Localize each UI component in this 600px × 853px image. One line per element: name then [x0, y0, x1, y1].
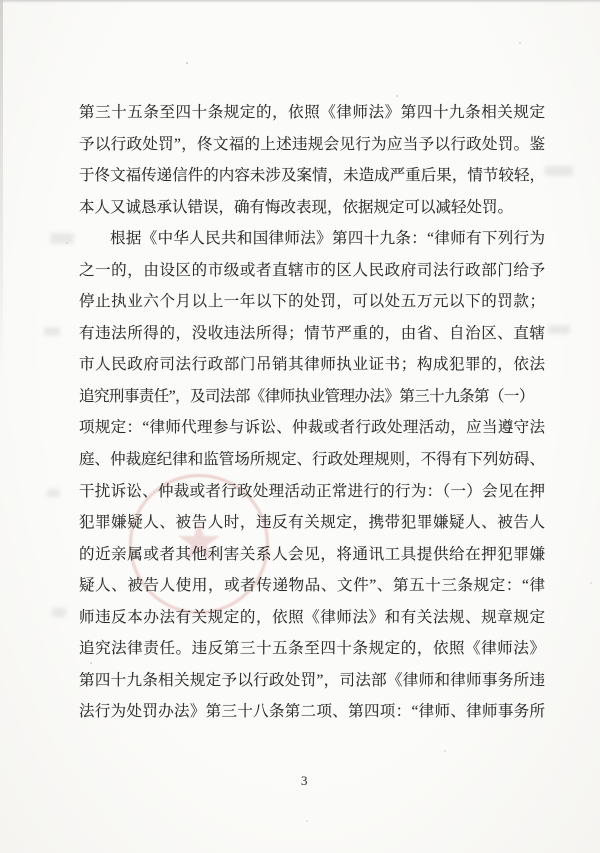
text-line: 师违反本办法有关规定的，依照《律师法》和有关法规、规章规定 — [79, 602, 545, 634]
text-line: 第三十五条至四十条规定的，依照《律师法》第四十九条相关规定 — [79, 97, 545, 129]
text-line: 予以行政处罚”，佟文福的上述违规会见行为应当予以行政处罚。鉴 — [79, 129, 545, 161]
bleedthrough-smudge — [47, 489, 60, 497]
text-line: 追究刑事责任”，及司法部《律师执业管理办法》第三十九条第（一） — [79, 381, 545, 413]
text-line: 庭、仲裁庭纪律和监管场所规定、行政处理规则，不得有下列妨碍、 — [79, 444, 545, 476]
page-number: 3 — [301, 773, 308, 789]
text-line: 于佟文福传递信件的内容未涉及案情，未造成严重后果，情节较轻， — [79, 160, 545, 192]
text-line: 追究法律责任。违反第三十五条至四十条规定的，依照《律师法》 — [79, 633, 545, 665]
text-line: 有违法所得的，没收违法所得；情节严重的，由省、自治区、直辖 — [79, 318, 545, 350]
scan-edge-top — [0, 0, 600, 3]
bleedthrough-smudge — [548, 325, 570, 334]
text-line: 第四十九条相关规定予以行政处罚”，司法部《律师和律师事务所违 — [79, 665, 545, 697]
text-line: 的近亲属或者其他利害关系人会见，将通讯工具提供给在押犯罪嫌 — [79, 539, 545, 571]
document-body-text: 第三十五条至四十条规定的，依照《律师法》第四十九条相关规定 予以行政处罚”，佟文… — [79, 97, 545, 728]
text-line: 疑人、被告人使用，或者传递物品、文件”、第五十三条规定：“律 — [79, 570, 545, 602]
text-line: 之一的，由设区的市级或者直辖市的区人民政府司法行政部门给予 — [79, 255, 545, 287]
scan-edge-left — [0, 0, 3, 380]
text-line: 法行为处罚办法》第三十八条第二项、第四项：“律师、律师事务所 — [79, 696, 545, 728]
text-line: 项规定：“律师代理参与诉讼、仲裁或者行政处理活动，应当遵守法 — [79, 412, 545, 444]
bleedthrough-smudge — [50, 233, 74, 244]
scan-speckles — [186, 62, 188, 64]
text-line: 停止执业六个月以上一年以下的处罚，可以处五万元以下的罚款； — [79, 286, 545, 318]
text-line: 干扰诉讼、仲裁或者行政处理活动正常进行的行为：（一）会见在押 — [79, 476, 545, 508]
text-line: 市人民政府司法行政部门吊销其律师执业证书；构成犯罪的，依法 — [79, 349, 545, 381]
text-line: 本人又诚恳承认错误，确有悔改表现，依据规定可以减轻处罚。 — [79, 192, 545, 224]
scanned-document-page: ★ 第三十五条至四十条规定的，依照《律师法》第四十九条相关规定 予以行政处罚”，… — [0, 0, 600, 853]
bleedthrough-smudge — [545, 166, 573, 176]
text-line: 犯罪嫌疑人、被告人时，违反有关规定，携带犯罪嫌疑人、被告人 — [79, 507, 545, 539]
bleedthrough-smudge — [52, 608, 66, 617]
bleedthrough-smudge — [44, 327, 60, 336]
text-line-paragraph-start: 根据《中华人民共和国律师法》第四十九条：“律师有下列行为 — [79, 223, 545, 255]
